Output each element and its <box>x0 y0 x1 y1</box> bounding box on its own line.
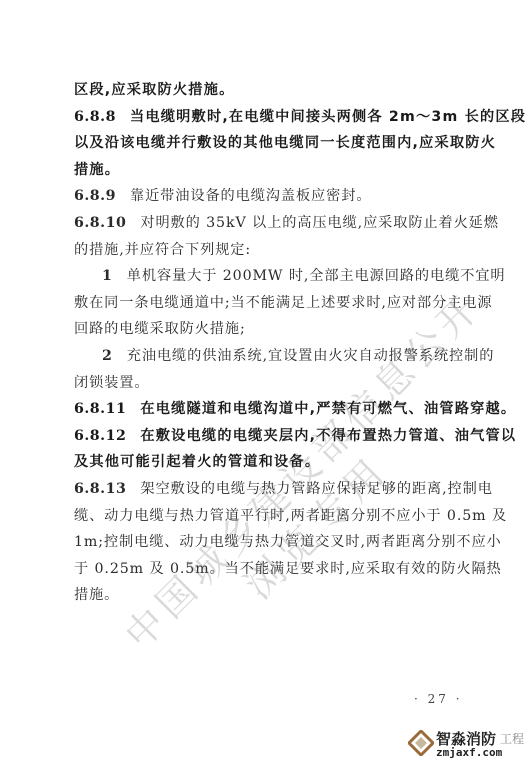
clause-text: 靠近带油设备的电缆沟盖板应密封。 <box>130 188 371 204</box>
line-text: 闭锁装置。 <box>74 375 149 391</box>
line-text: 回路的电缆采取防火措施; <box>74 321 246 337</box>
clause-6-8-10: 6.8.10对明敷的 35kV 以上的高压电缆,应采取防止着火延燃 <box>74 210 466 237</box>
document-body: 区段,应采取防火措施。 6.8.8当电缆明敷时,在电缆中间接头两侧各 2m～3m… <box>74 77 466 609</box>
line-text: 缆、动力电缆与热力管道平行时,两者距离分别不应小于 0.5m 及 <box>74 508 507 524</box>
logo-domain: zmjaxf.com <box>436 746 502 759</box>
line-text: 区段,应采取防火措施。 <box>74 82 234 98</box>
diamond-logo-icon <box>408 730 434 756</box>
line-text: 措施。 <box>74 587 119 603</box>
clause-text: 在电缆隧道和电缆沟道中,严禁有可燃气、油管路穿越。 <box>140 401 516 417</box>
list-item-2: 2充油电缆的供油系统,宜设置由火灾自动报警系统控制的 <box>74 343 466 370</box>
line-text: 敷在同一条电缆通道中;当不能满足上述要求时,应对部分主电源 <box>74 295 492 311</box>
item-number: 2 <box>102 348 113 364</box>
clause-6-8-8: 6.8.8当电缆明敷时,在电缆中间接头两侧各 2m～3m 长的区段 <box>74 104 466 131</box>
text-line-9: 敷在同一条电缆通道中;当不能满足上述要求时,应对部分主电源 <box>74 290 466 317</box>
line-text: 措施。 <box>74 162 120 178</box>
clause-number: 6.8.11 <box>74 401 126 417</box>
text-line-3: 以及沿该电缆并行敷设的其他电缆同一长度范围内,应采取防火 <box>74 130 466 157</box>
clause-6-8-11: 6.8.11在电缆隧道和电缆沟道中,严禁有可燃气、油管路穿越。 <box>74 396 466 423</box>
text-line-15: 及其他可能引起着火的管道和设备。 <box>74 449 466 476</box>
item-text: 单机容量大于 200MW 时,全部主电源回路的电缆不宜明 <box>127 268 506 284</box>
text-line-18: 1m;控制电缆、动力电缆与热力管道交叉时,两者距离分别不应小 <box>74 529 466 556</box>
clause-number: 6.8.13 <box>74 481 126 497</box>
text-line-10: 回路的电缆采取防火措施; <box>74 316 466 343</box>
text-line-20: 措施。 <box>74 582 466 609</box>
line-text: 以及沿该电缆并行敷设的其他电缆同一长度范围内,应采取防火 <box>74 135 496 151</box>
clause-number: 6.8.12 <box>74 428 126 444</box>
line-text: 于 0.25m 及 0.5m。当不能满足要求时,应采取有效的防火隔热 <box>74 561 502 577</box>
line-text: 的措施,并应符合下列规定: <box>74 242 251 258</box>
clause-text: 当电缆明敷时,在电缆中间接头两侧各 2m～3m 长的区段 <box>130 109 526 125</box>
clause-number: 6.8.10 <box>74 215 126 231</box>
site-logo: 智淼消防 工程 zmjaxf.com <box>408 728 526 762</box>
clause-number: 6.8.9 <box>74 188 116 204</box>
text-line-4: 措施。 <box>74 157 466 184</box>
clause-text: 对明敷的 35kV 以上的高压电缆,应采取防止着火延燃 <box>140 215 498 231</box>
text-line-7: 的措施,并应符合下列规定: <box>74 237 466 264</box>
text-line-12: 闭锁装置。 <box>74 370 466 397</box>
item-text: 充油电缆的供油系统,宜设置由火灾自动报警系统控制的 <box>127 348 495 364</box>
text-line-1: 区段,应采取防火措施。 <box>74 77 466 104</box>
page-number: · 27 · <box>414 692 463 706</box>
clause-6-8-12: 6.8.12在敷设电缆的电缆夹层内,不得布置热力管道、油气管以 <box>74 423 466 450</box>
text-line-17: 缆、动力电缆与热力管道平行时,两者距离分别不应小于 0.5m 及 <box>74 503 466 530</box>
clause-6-8-13: 6.8.13架空敷设的电缆与热力管路应保持足够的距离,控制电 <box>74 476 466 503</box>
line-text: 1m;控制电缆、动力电缆与热力管道交叉时,两者距离分别不应小 <box>74 534 502 550</box>
logo-name-suffix: 工程 <box>500 730 524 747</box>
clause-text: 架空敷设的电缆与热力管路应保持足够的距离,控制电 <box>140 481 492 497</box>
clause-6-8-9: 6.8.9靠近带油设备的电缆沟盖板应密封。 <box>74 183 466 210</box>
text-line-19: 于 0.25m 及 0.5m。当不能满足要求时,应采取有效的防火隔热 <box>74 556 466 583</box>
item-number: 1 <box>102 268 113 284</box>
clause-text: 在敷设电缆的电缆夹层内,不得布置热力管道、油气管以 <box>140 428 516 444</box>
clause-number: 6.8.8 <box>74 109 116 125</box>
list-item-1: 1单机容量大于 200MW 时,全部主电源回路的电缆不宜明 <box>74 263 466 290</box>
line-text: 及其他可能引起着火的管道和设备。 <box>74 454 320 470</box>
